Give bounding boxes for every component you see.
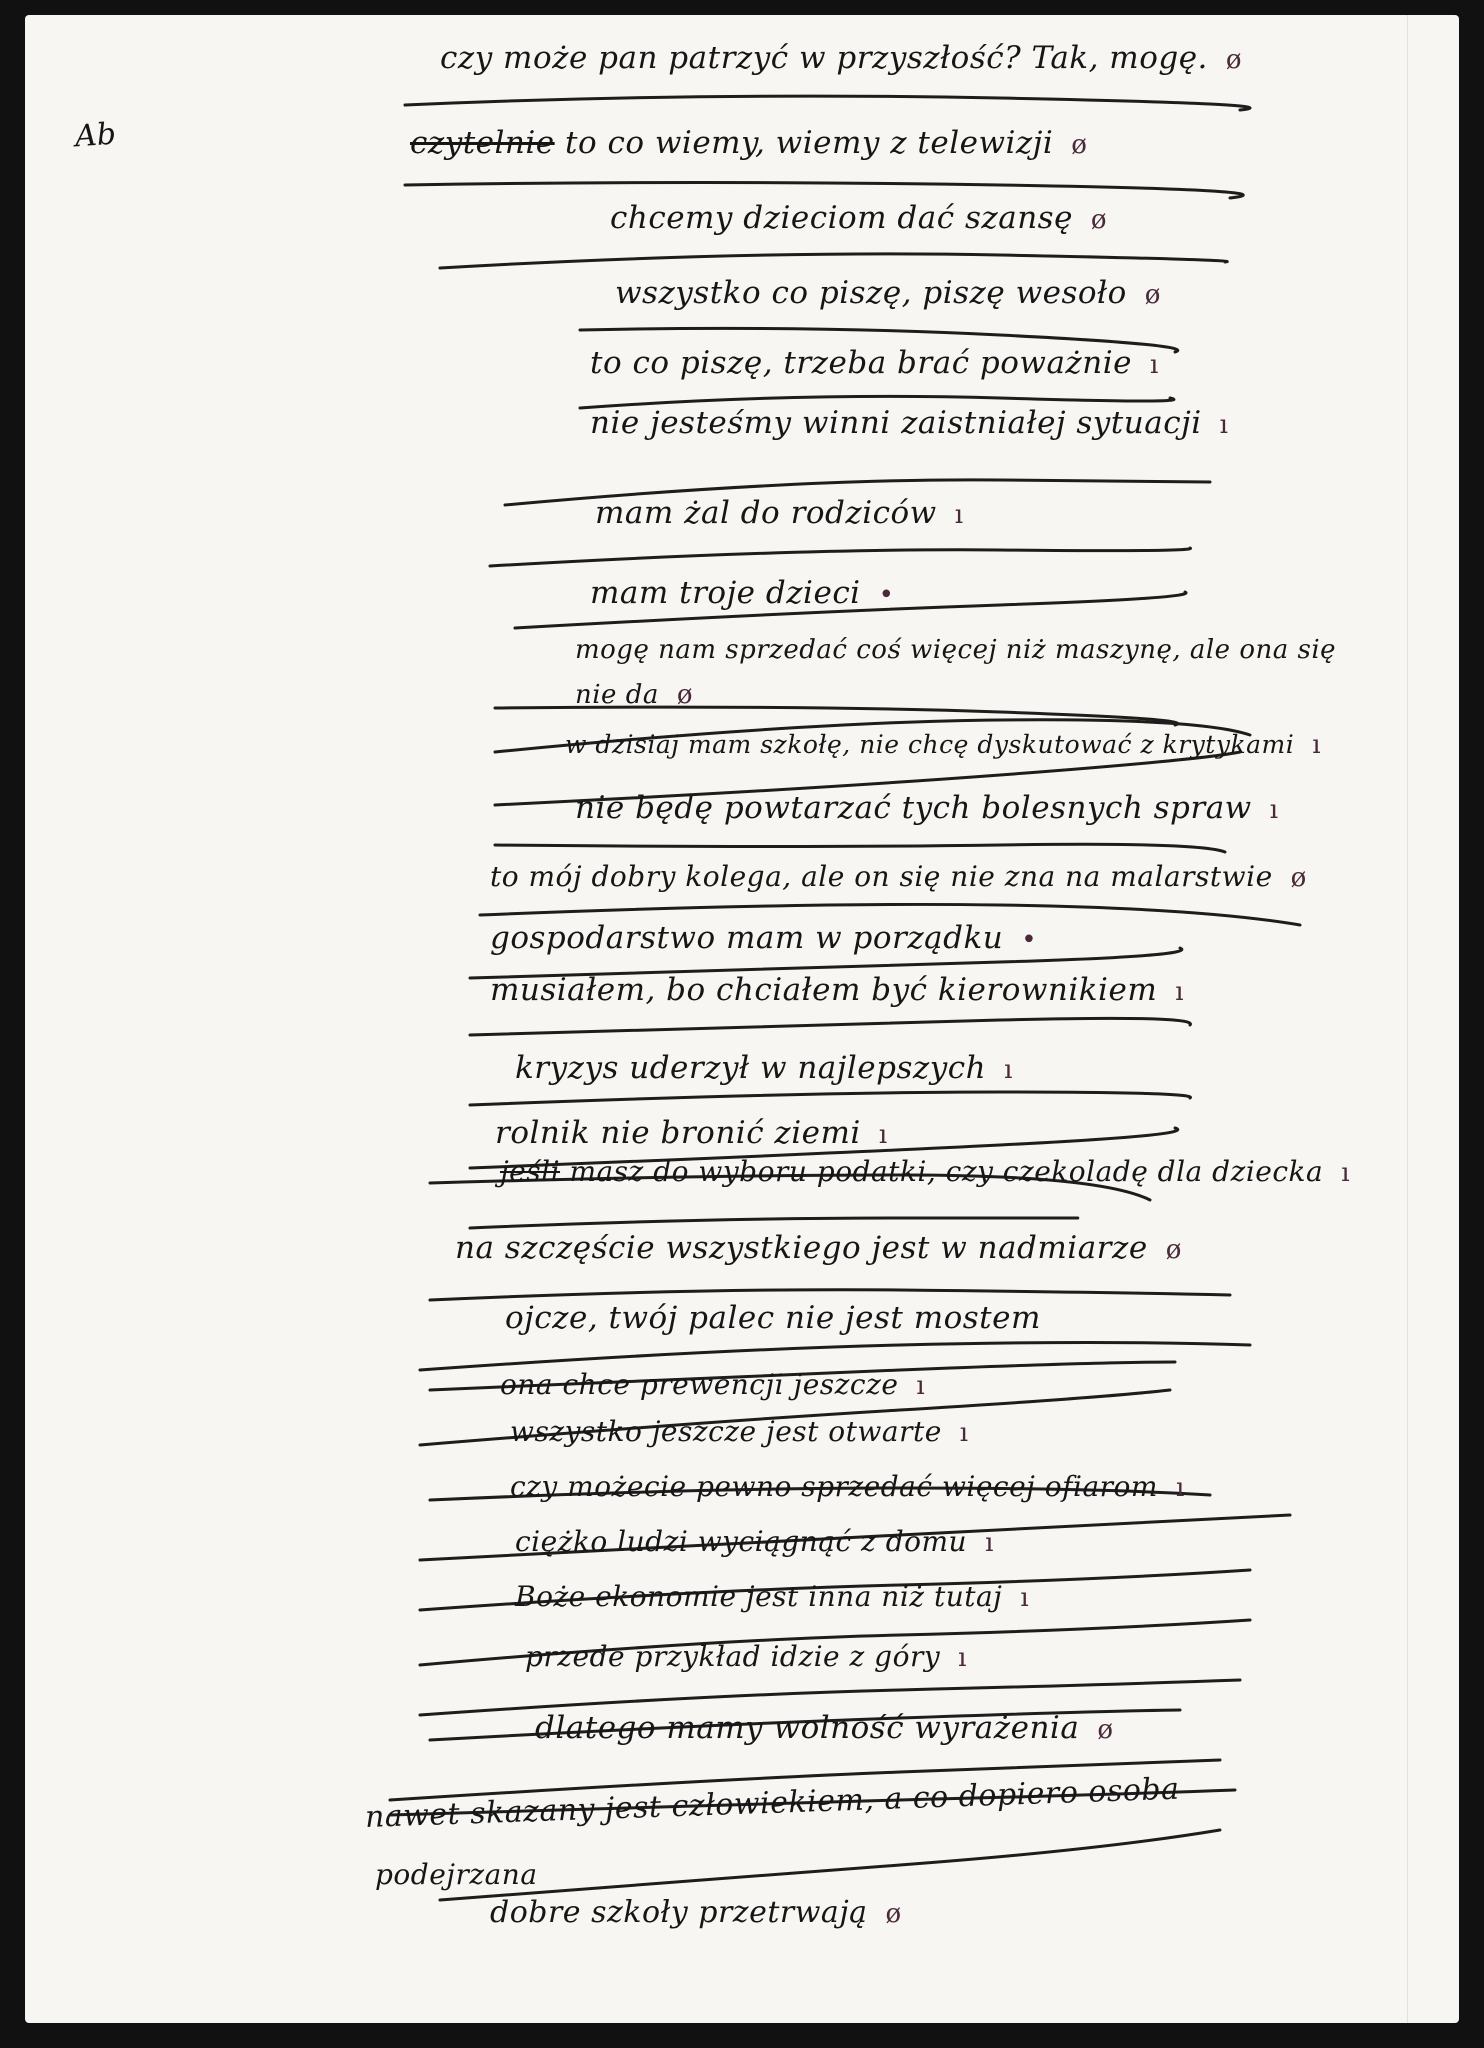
ink-mark: ø (1097, 1715, 1113, 1745)
ink-mark: ø (1091, 205, 1107, 235)
manuscript-line: w dzisiaj mam szkołę, nie chcę dyskutowa… (565, 730, 1321, 760)
ink-mark: ı (955, 500, 964, 530)
manuscript-line: ciężko ludzi wyciągnąć z domuı (515, 1525, 994, 1558)
ink-mark: ı (1341, 1158, 1350, 1188)
ink-mark: ø (1071, 130, 1087, 160)
manuscript-line: przede przykład idzie z góryı (525, 1640, 967, 1673)
ink-mark: ı (1020, 1583, 1029, 1613)
manuscript-line: wszystko co piszę, piszę wesołoø (615, 275, 1161, 311)
manuscript-line: chcemy dzieciom dać szansęø (610, 200, 1107, 236)
manuscript-line: nie będę powtarzać tych bolesnych sprawı (575, 790, 1279, 826)
manuscript-line: mogę nam sprzedać coś więcej niż maszynę… (575, 635, 1336, 665)
manuscript-line: rolnik nie bronić ziemiı (495, 1115, 888, 1151)
manuscript-line: czytelnie to co wiemy, wiemy z telewizji… (410, 125, 1087, 161)
ink-mark: ø (1145, 280, 1161, 310)
ink-mark: ı (1270, 795, 1279, 825)
ink-mark: ø (1166, 1235, 1182, 1265)
manuscript-line: musiałem, bo chciałem być kierownikiemı (490, 972, 1184, 1008)
ink-mark: ø (1226, 45, 1242, 75)
ink-mark: ı (1175, 977, 1184, 1007)
ink-mark: ı (916, 1371, 925, 1401)
manuscript-line: dlatego mamy wolność wyrażeniaø (535, 1710, 1113, 1746)
manuscript-line: ona chce prewencji jeszczeı (500, 1368, 925, 1401)
manuscript-line: to co piszę, trzeba brać poważnieı (590, 345, 1159, 381)
manuscript-line: czy może pan patrzyć w przyszłość? Tak, … (440, 40, 1242, 76)
ink-mark: ø (677, 680, 693, 710)
manuscript-line: kryzys uderzył w najlepszychı (515, 1050, 1013, 1086)
manuscript-line: wszystko jeszcze jest otwarteı (510, 1415, 969, 1448)
manuscript-line: nie jesteśmy winni zaistniałej sytuacjiı (590, 405, 1228, 441)
ink-mark: ı (1176, 1473, 1185, 1503)
manuscript-line: Boże ekonomie jest inna niż tutajı (515, 1580, 1029, 1613)
manuscript-line: dobre szkoły przetrwająø (490, 1895, 902, 1930)
ink-mark: ı (1220, 410, 1229, 440)
ink-mark: ı (960, 1418, 969, 1448)
manuscript-line: czy możecie pewno sprzedać więcej ofiaro… (510, 1470, 1185, 1503)
ink-mark: ı (985, 1528, 994, 1558)
struck-word: czytelnie (410, 125, 555, 161)
manuscript-line: na szczęście wszystkiego jest w nadmiarz… (455, 1230, 1182, 1266)
struck-word: jeśli (500, 1155, 560, 1188)
ink-mark: ı (1150, 350, 1159, 380)
ink-mark: ı (1004, 1055, 1013, 1085)
manuscript-line: mam troje dzieci• (590, 575, 894, 611)
manuscript-line: podejrzana (375, 1858, 538, 1891)
ink-mark: ı (879, 1120, 888, 1150)
manuscript-line: to mój dobry kolega, ale on się nie zna … (490, 860, 1307, 893)
manuscript-line: jeśli masz do wyboru podatki, czy czekol… (500, 1155, 1350, 1188)
ink-mark: ø (886, 1899, 902, 1929)
ink-mark: ı (1312, 730, 1321, 760)
ink-mark: ø (1291, 863, 1307, 893)
manuscript-line: nie daø (575, 680, 693, 710)
manuscript-line: gospodarstwo mam w porządku• (490, 920, 1037, 956)
manuscript-line: mam żal do rodzicówı (595, 495, 964, 531)
ink-mark: • (1021, 925, 1037, 955)
ink-mark: • (879, 580, 895, 610)
ink-mark: ı (958, 1643, 967, 1673)
manuscript-line: ojcze, twój palec nie jest mostem (505, 1300, 1041, 1336)
